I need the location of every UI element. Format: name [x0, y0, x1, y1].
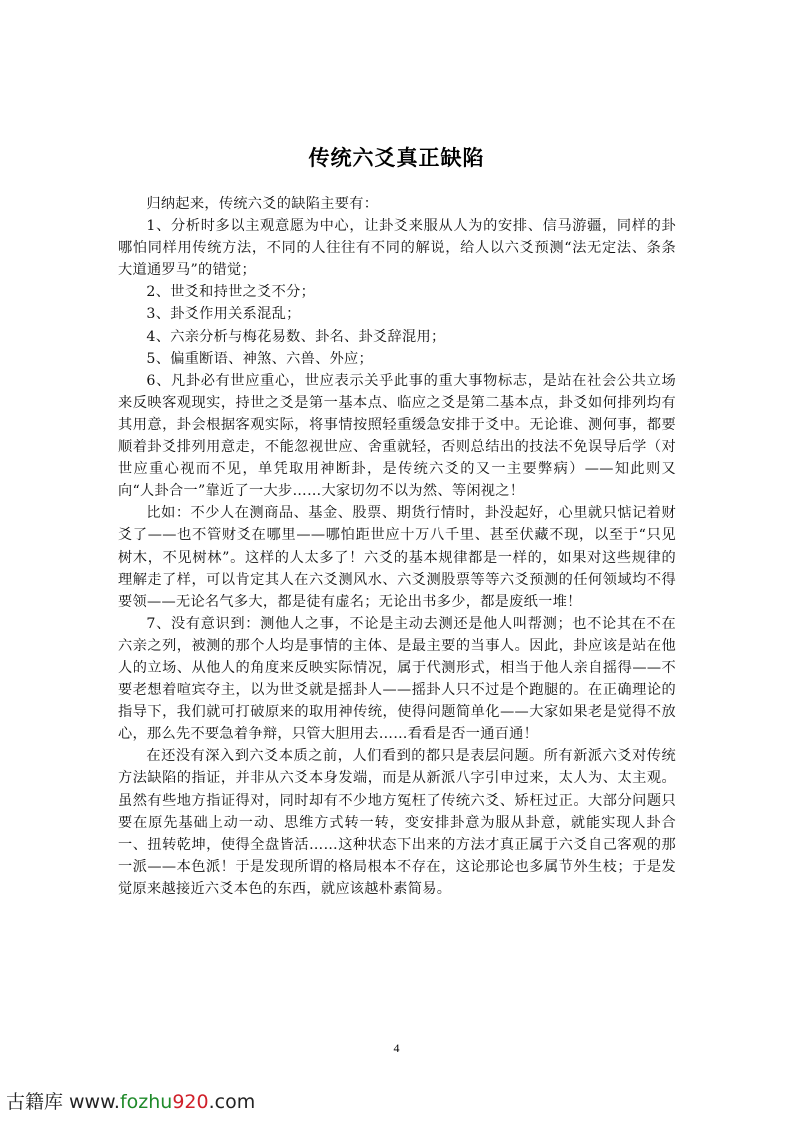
paragraph-item-5: 5、偏重断语、神煞、六兽、外应；	[118, 348, 676, 370]
paragraph-item-6: 6、凡卦必有世应重心，世应表示关乎此事的重大事物标志，是站在社会公共立场来反映客…	[118, 370, 676, 503]
watermark-url-green: fozhu	[120, 1091, 172, 1113]
paragraph-example: 比如：不少人在测商品、基金、股票、期货行情时，卦没起好，心里就只惦记着财爻了——…	[118, 502, 676, 612]
watermark-url-red: 920	[172, 1091, 208, 1113]
page-title: 传统六爻真正缺陷	[0, 142, 793, 172]
watermark-url-suffix: .com	[209, 1091, 256, 1113]
paragraph-intro: 归纳起来，传统六爻的缺陷主要有：	[118, 193, 676, 215]
paragraph-item-7: 7、没有意识到：测他人之事，不论是主动去测还是他人叫帮测；也不论其在不在六亲之列…	[118, 613, 676, 746]
paragraph-item-3: 3、卦爻作用关系混乱；	[118, 303, 676, 325]
paragraph-item-4: 4、六亲分析与梅花易数、卦名、卦爻辞混用；	[118, 326, 676, 348]
paragraph-item-2: 2、世爻和持世之爻不分；	[118, 281, 676, 303]
paragraph-conclusion: 在还没有深入到六爻本质之前，人们看到的都只是表层问题。所有新派六爻对传统方法缺陷…	[118, 745, 676, 900]
watermark-logo: 古籍库www.fozhu920.com	[6, 1087, 255, 1114]
page-number: 4	[0, 1041, 793, 1056]
watermark-site-name: 古籍库	[6, 1091, 63, 1113]
watermark-url-prefix: www.	[69, 1091, 120, 1113]
document-body: 归纳起来，传统六爻的缺陷主要有： 1、分析时多以主观意愿为中心，让卦爻来服从人为…	[118, 193, 676, 900]
paragraph-item-1: 1、分析时多以主观意愿为中心，让卦爻来服从人为的安排、信马游疆，同样的卦哪怕同样…	[118, 215, 676, 281]
